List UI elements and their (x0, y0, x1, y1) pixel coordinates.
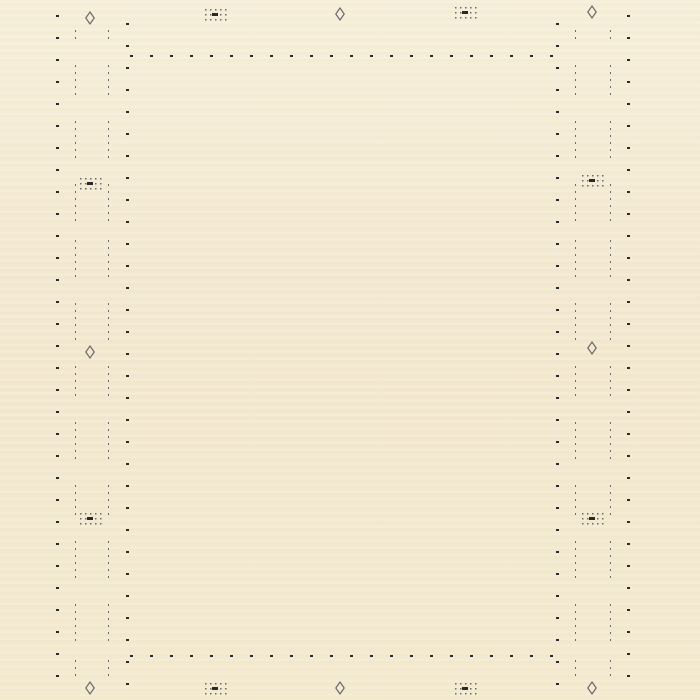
rug-image (0, 0, 700, 700)
rug-border-pattern (0, 0, 700, 700)
